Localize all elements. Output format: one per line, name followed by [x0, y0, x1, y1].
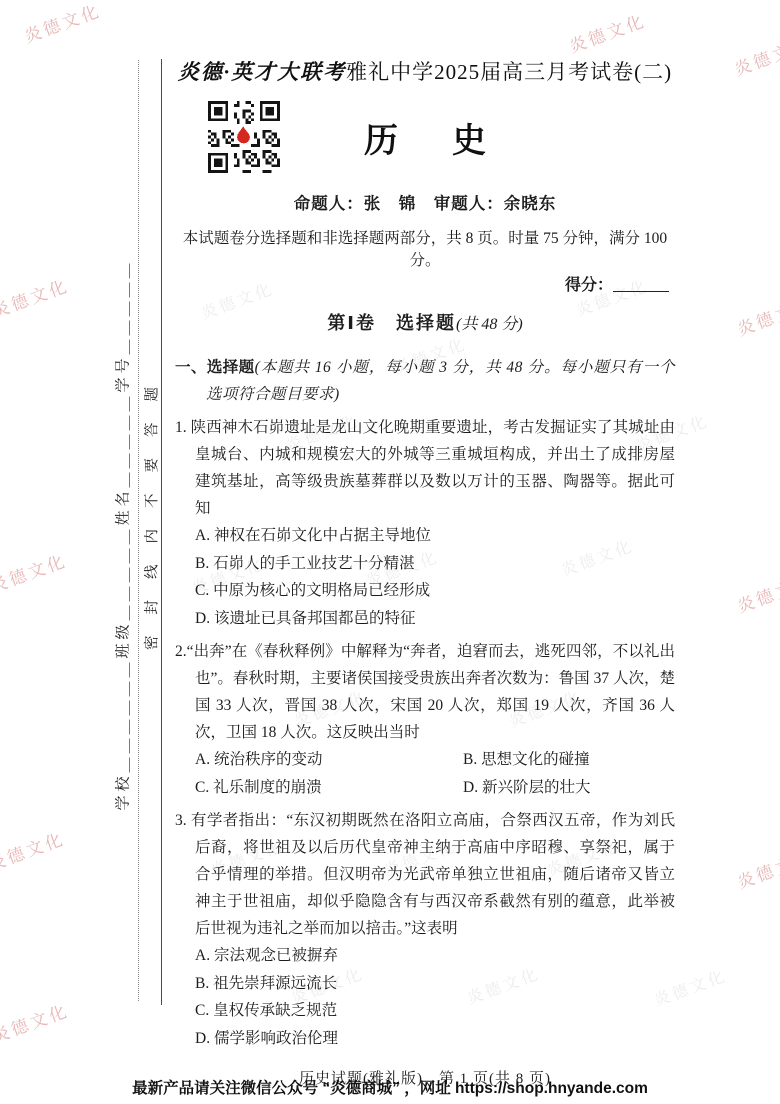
options-list: A. 神权在石峁文化中占据主导地位 B. 石峁人的手工业技艺十分精湛 C. 中原…	[175, 522, 675, 632]
watermark: 炎德文化	[730, 30, 780, 81]
section-title: 第Ⅰ卷 选择题(共 48 分)	[175, 310, 675, 338]
question-text: “出奔”在《春秋释例》中解释为“奔者，迫窘而去，逃死四邻，不以礼出也”。春秋时期…	[187, 643, 675, 741]
option-d: D. 该遗址已具备邦国都邑的特征	[195, 605, 675, 633]
section-title-note: (共 48 分)	[456, 316, 523, 333]
option-a: A. 宗法观念已被摒弃	[195, 942, 675, 970]
score-label: 得分：	[565, 277, 613, 294]
exam-content: 炎德·英才大联考雅礼中学2025届高三月考试卷(二) 历 史 命题人：张 锦 审…	[175, 0, 675, 1088]
exam-title: 雅礼中学2025届高三月考试卷(二)	[346, 60, 672, 84]
question-2: 2.“出奔”在《春秋释例》中解释为“奔者，迫窘而去，逃死四邻，不以礼出也”。春秋…	[175, 638, 675, 801]
seal-warning-text: 密封线内不要答题	[141, 366, 162, 650]
options-list: A. 统治秩序的变动 B. 思想文化的碰撞 C. 礼乐制度的崩溃 D. 新兴阶层…	[175, 746, 675, 801]
option-b: B. 思想文化的碰撞	[463, 746, 675, 774]
watermark: 炎德文化	[733, 567, 780, 618]
content-border-line	[161, 59, 162, 1005]
intro-note: (本题共 16 小题，每小题 3 分，共 48 分。每小题只有一个选项符合题目要…	[206, 359, 675, 403]
section-intro: 一、选择题(本题共 16 小题，每小题 3 分，共 48 分。每小题只有一个选项…	[175, 354, 675, 408]
qr-code	[208, 101, 280, 173]
question-stem: 3. 有学者指出：“东汉初期既然在洛阳立高庙，合祭西汉五帝，作为刘氏后裔，将世祖…	[175, 807, 675, 942]
subject-row: 历 史	[175, 99, 675, 187]
watermark: 炎德文化	[733, 290, 780, 341]
exam-instructions: 本试题卷分选择题和非选择题两部分，共 8 页。时量 75 分钟，满分 100 分…	[175, 228, 675, 272]
watermark: 炎德文化	[0, 997, 72, 1048]
question-stem: 2.“出奔”在《春秋释例》中解释为“奔者，迫窘而去，逃死四邻，不以礼出也”。春秋…	[175, 638, 675, 746]
option-d: D. 儒学影响政治伦理	[195, 1025, 675, 1053]
intro-label: 一、选择题	[175, 359, 255, 376]
brand-name: 炎德·英才大联考	[178, 60, 346, 84]
option-c: C. 礼乐制度的崩溃	[195, 774, 463, 802]
option-d: D. 新兴阶层的壮大	[463, 774, 675, 802]
question-number: 2.	[175, 643, 187, 660]
watermark: 炎德文化	[733, 843, 780, 894]
question-stem: 1. 陕西神木石峁遗址是龙山文化晚期重要遗址，考古发掘证实了其城址由皇城台、内城…	[175, 414, 675, 522]
section-title-main: 第Ⅰ卷 选择题	[327, 313, 456, 333]
question-number: 1.	[175, 419, 187, 436]
student-info-labels: 学校＿＿＿＿＿＿班级＿＿＿＿＿姓名＿＿＿＿＿学号＿＿＿＿＿	[112, 259, 133, 810]
option-a: A. 统治秩序的变动	[195, 746, 463, 774]
seal-dotted-line	[138, 60, 139, 1001]
examiners-line: 命题人：张 锦 审题人：余晓东	[175, 193, 675, 215]
watermark: 炎德文化	[20, 0, 104, 47]
paper-title: 炎德·英才大联考雅礼中学2025届高三月考试卷(二)	[175, 57, 675, 87]
score-row: 得分：	[175, 275, 675, 297]
question-text: 有学者指出：“东汉初期既然在洛阳立高庙，合祭西汉五帝，作为刘氏后裔，将世祖及以后…	[191, 812, 675, 937]
watermark: 炎德文化	[0, 272, 72, 323]
question-number: 3.	[175, 812, 187, 829]
option-c: C. 皇权传承缺乏规范	[195, 997, 675, 1025]
question-3: 3. 有学者指出：“东汉初期既然在洛阳立高庙，合祭西汉五帝，作为刘氏后裔，将世祖…	[175, 807, 675, 1052]
watermark: 炎德文化	[0, 825, 68, 876]
footer-ad: 最新产品请关注微信公众号 “炎德商城” ，网址 https://shop.hny…	[0, 1076, 780, 1098]
watermark: 炎德文化	[0, 547, 70, 598]
option-c: C. 中原为核心的文明格局已经形成	[195, 577, 675, 605]
option-a: A. 神权在石峁文化中占据主导地位	[195, 522, 675, 550]
question-1: 1. 陕西神木石峁遗址是龙山文化晚期重要遗址，考古发掘证实了其城址由皇城台、内城…	[175, 414, 675, 632]
option-b: B. 石峁人的手工业技艺十分精湛	[195, 550, 675, 578]
option-b: B. 祖先崇拜源远流长	[195, 970, 675, 998]
options-list: A. 宗法观念已被摒弃 B. 祖先崇拜源远流长 C. 皇权传承缺乏规范 D. 儒…	[175, 942, 675, 1052]
score-blank	[613, 276, 669, 292]
question-text: 陕西神木石峁遗址是龙山文化晚期重要遗址，考古发掘证实了其城址由皇城台、内城和规模…	[191, 419, 675, 517]
